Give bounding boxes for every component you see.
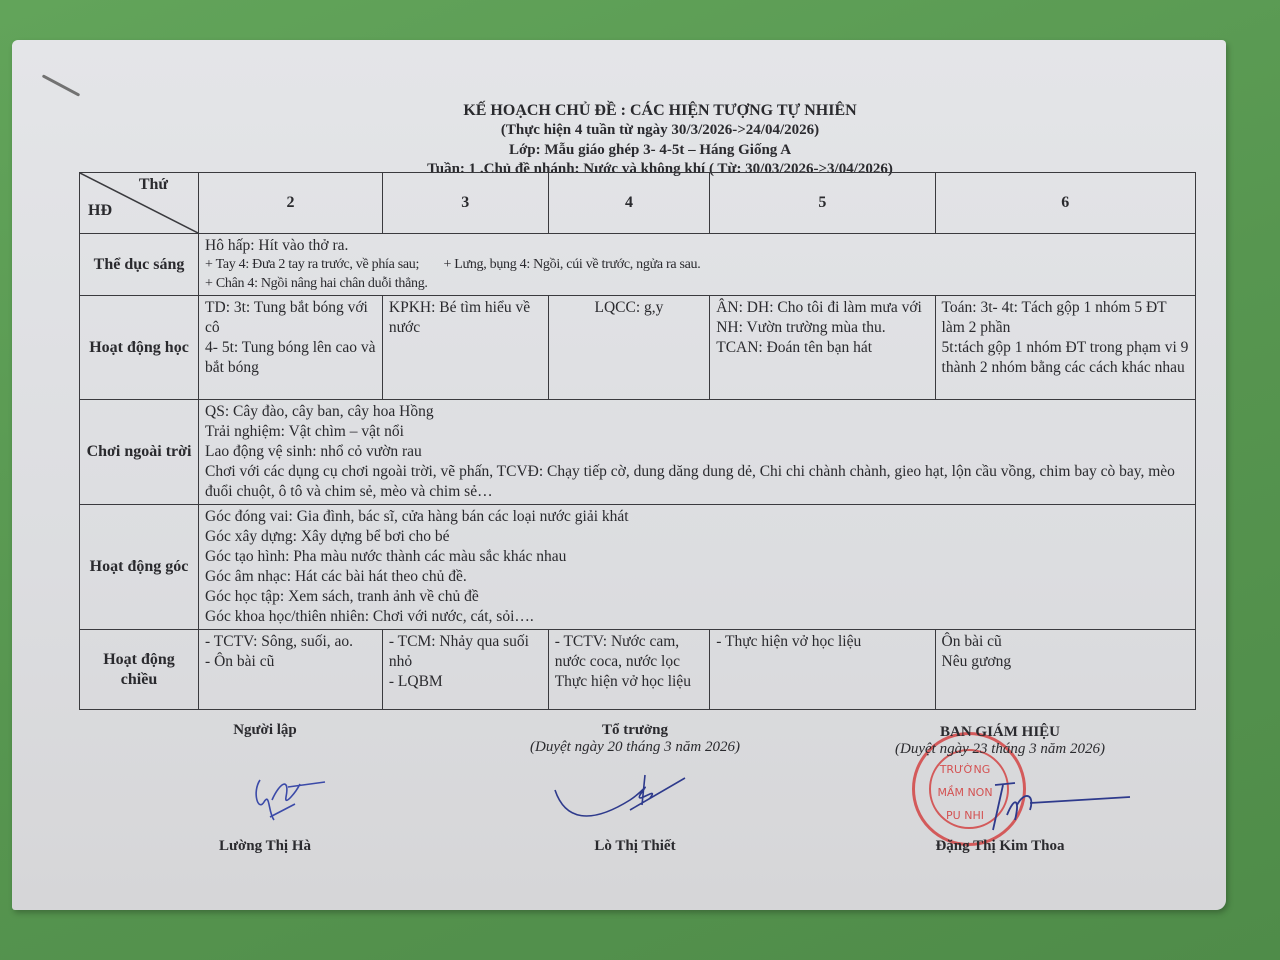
row-label: Hoạt động chiều	[80, 630, 199, 710]
exercise-line: + Chân 4: Ngồi nâng hai chân duỗi thẳng.	[205, 274, 1189, 293]
day-header: 6	[935, 173, 1195, 234]
class-line: Lớp: Mẫu giáo ghép 3- 4-5t – Háng Giống …	[10, 142, 1280, 159]
cell-line: - TCTV: Sông, suối, ao.	[205, 632, 376, 652]
table-row-afternoon: Hoạt động chiều - TCTV: Sông, suối, ao. …	[80, 630, 1196, 710]
signature-name: Lò Thị Thiết	[490, 838, 780, 855]
table-row-outdoor: Chơi ngoài trời QS: Cây đào, cây ban, câ…	[80, 400, 1196, 505]
afternoon-cell-day2: - TCTV: Sông, suối, ao. - Ôn bài cũ	[199, 630, 383, 710]
cell-line: - TCM: Nhảy qua suối nhỏ	[389, 632, 542, 672]
cell-line: Góc xây dựng: Xây dựng bể bơi cho bé	[205, 527, 1189, 547]
learning-cell-day2: TD: 3t: Tung bắt bóng với cô 4- 5t: Tung…	[199, 296, 383, 400]
cell-line: Ôn bài cũ	[942, 632, 1189, 652]
row-label: Chơi ngoài trời	[80, 400, 199, 505]
exercise-line: Hô hấp: Hít vào thở ra.	[205, 236, 1189, 255]
table-row-corners: Hoạt động góc Góc đóng vai: Gia đình, bá…	[80, 505, 1196, 630]
signature-name: Lường Thị Hà	[190, 838, 340, 855]
table-row-morning-exercise: Thể dục sáng Hô hấp: Hít vào thở ra. + T…	[80, 234, 1196, 296]
signature-title: Tổ trưởng	[490, 722, 780, 739]
afternoon-cell-day6: Ôn bài cũ Nêu gương	[935, 630, 1195, 710]
cell-line: Thực hiện vở học liệu	[555, 672, 704, 692]
corner-top-label: Thứ	[139, 175, 168, 195]
signature-creator-name-wrap: Lường Thị Hà	[190, 838, 340, 855]
exercise-line: + Tay 4: Đưa 2 tay ra trước, về phía sau…	[205, 257, 419, 272]
signature-scribble-creator	[250, 772, 340, 827]
cell-line: Lao động vệ sinh: nhổ cỏ vườn rau	[205, 442, 1189, 462]
cell-line: Trải nghiệm: Vật chìm – vật nổi	[205, 422, 1189, 442]
signature-board: BAN GIÁM HIỆU (Duyệt ngày 23 tháng 3 năm…	[860, 724, 1140, 758]
cell-line: - LQBM	[389, 672, 542, 692]
signature-board-name-wrap: Đặng Thị Kim Thoa	[860, 838, 1140, 855]
signature-scribble-board	[985, 775, 1135, 835]
cell-line: Chơi với các dụng cụ chơi ngoài trời, vẽ…	[205, 462, 1189, 502]
morning-exercise-cell: Hô hấp: Hít vào thở ra. + Tay 4: Đưa 2 t…	[199, 234, 1196, 296]
cell-line: Toán: 3t- 4t: Tách gộp 1 nhóm 5 ĐT làm 2…	[942, 298, 1189, 338]
corners-cell: Góc đóng vai: Gia đình, bác sĩ, cửa hàng…	[199, 505, 1196, 630]
cell-line: KPKH: Bé tìm hiểu về nước	[389, 298, 542, 338]
exercise-line-group: + Tay 4: Đưa 2 tay ra trước, về phía sau…	[205, 255, 1189, 274]
corner-cell: Thứ HĐ	[80, 173, 199, 234]
cell-line: LQCC: g,y	[555, 298, 704, 318]
document-title: KẾ HOẠCH CHỦ ĐỀ : CÁC HIỆN TƯỢNG TỰ NHIÊ…	[20, 102, 1280, 120]
signature-title: Người lập	[190, 722, 340, 739]
cell-line: 5t:tách gộp 1 nhóm ĐT trong phạm vi 9 th…	[942, 338, 1189, 378]
cell-line: - Thực hiện vở học liệu	[716, 632, 928, 652]
cell-line: TD: 3t: Tung bắt bóng với cô	[205, 298, 376, 338]
cell-line: - Ôn bài cũ	[205, 652, 376, 672]
approval-date: (Duyệt ngày 20 tháng 3 năm 2026)	[490, 739, 780, 756]
cell-line: Nêu gương	[942, 652, 1189, 672]
day-header: 4	[548, 173, 710, 234]
cell-line: ÂN: DH: Cho tôi đi làm mưa với	[716, 298, 928, 318]
learning-cell-day5: ÂN: DH: Cho tôi đi làm mưa với NH: Vườn …	[710, 296, 935, 400]
cell-line: - TCTV: Nước cam, nước coca, nước lọc	[555, 632, 704, 672]
exercise-line: + Lưng, bụng 4: Ngồi, cúi về trước, ngửa…	[443, 257, 700, 272]
cell-line: Góc tạo hình: Pha màu nước thành các màu…	[205, 547, 1189, 567]
cell-line: Góc khoa học/thiên nhiên: Chơi với nước,…	[205, 607, 1189, 627]
day-header: 5	[710, 173, 935, 234]
signature-title: BAN GIÁM HIỆU	[860, 724, 1140, 741]
signature-name: Đặng Thị Kim Thoa	[860, 838, 1140, 855]
signature-team-lead: Tổ trưởng (Duyệt ngày 20 tháng 3 năm 202…	[490, 722, 780, 756]
cell-line: TCAN: Đoán tên bạn hát	[716, 338, 928, 358]
afternoon-cell-day5: - Thực hiện vở học liệu	[710, 630, 935, 710]
afternoon-cell-day4: - TCTV: Nước cam, nước coca, nước lọc Th…	[548, 630, 710, 710]
cell-line: Góc học tập: Xem sách, tranh ảnh về chủ …	[205, 587, 1189, 607]
weekly-plan-table: Thứ HĐ 2 3 4 5 6 Thể dục sáng Hô hấp: Hí…	[79, 172, 1196, 710]
cell-line: Góc âm nhạc: Hát các bài hát theo chủ đề…	[205, 567, 1189, 587]
document-subtitle: (Thực hiện 4 tuần từ ngày 30/3/2026->24/…	[20, 122, 1280, 139]
signature-team-lead-name-wrap: Lò Thị Thiết	[490, 838, 780, 855]
day-header: 2	[199, 173, 383, 234]
approval-date: (Duyệt ngày 23 tháng 3 năm 2026)	[860, 741, 1140, 758]
learning-cell-day6: Toán: 3t- 4t: Tách gộp 1 nhóm 5 ĐT làm 2…	[935, 296, 1195, 400]
cell-line: NH: Vườn trường mùa thu.	[716, 318, 928, 338]
table-row-learning: Hoạt động học TD: 3t: Tung bắt bóng với …	[80, 296, 1196, 400]
afternoon-cell-day3: - TCM: Nhảy qua suối nhỏ - LQBM	[382, 630, 548, 710]
learning-cell-day4: LQCC: g,y	[548, 296, 710, 400]
row-label: Hoạt động học	[80, 296, 199, 400]
corner-bottom-label: HĐ	[88, 201, 112, 221]
signature-creator: Người lập	[190, 722, 340, 739]
outdoor-cell: QS: Cây đào, cây ban, cây hoa Hồng Trải …	[199, 400, 1196, 505]
row-label: Hoạt động góc	[80, 505, 199, 630]
table-header-row: Thứ HĐ 2 3 4 5 6	[80, 173, 1196, 234]
day-header: 3	[382, 173, 548, 234]
cell-line: QS: Cây đào, cây ban, cây hoa Hồng	[205, 402, 1189, 422]
learning-cell-day3: KPKH: Bé tìm hiểu về nước	[382, 296, 548, 400]
row-label: Thể dục sáng	[80, 234, 199, 296]
cell-line: 4- 5t: Tung bóng lên cao và bắt bóng	[205, 338, 376, 378]
signature-scribble-team-lead	[550, 770, 690, 830]
cell-line: Góc đóng vai: Gia đình, bác sĩ, cửa hàng…	[205, 507, 1189, 527]
